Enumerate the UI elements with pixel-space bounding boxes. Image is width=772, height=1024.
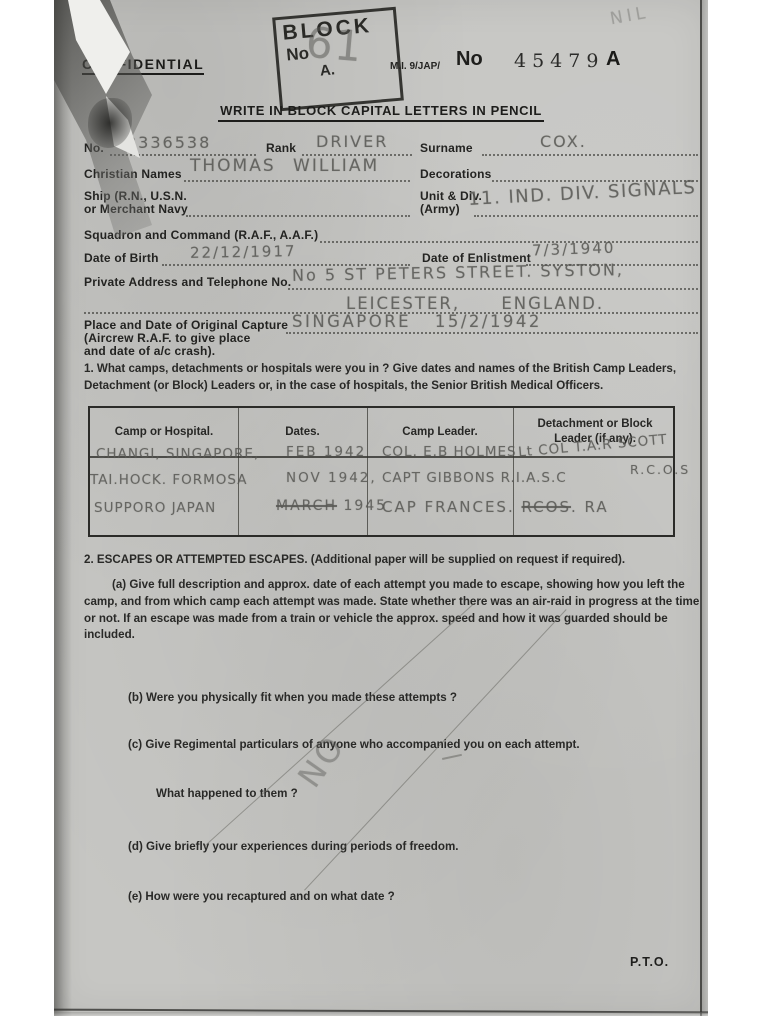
squadron-line [320,241,698,243]
table-header-camp-text: Camp or Hospital. [115,425,213,440]
unit-div-label-line2: (Army) [420,202,460,216]
table-header-dates-text: Dates. [285,425,320,440]
table-row1-date: FEB 1942 [286,444,366,460]
question-2b-text: (b) Were you physically fit when you mad… [128,690,457,707]
table-row3-date-struck: MARCH [276,498,337,514]
scan-background: { "doc": { "confidential": "CONFIDENTIAL… [0,0,772,1024]
table-header-block-line1: Detachment or Block [537,417,652,432]
scanned-form-page: CONFIDENTIAL BLOCK No A. 61 M.I. 9/JAP/ … [54,0,708,1016]
mi9-prefix: M.I. 9/JAP/ [390,61,440,72]
table-row2-camp: TAI.HOCK. FORMOSA [90,472,247,488]
table-row3-leader: CAP FRANCES. RCOS. RA [382,498,609,516]
private-address-line1 [288,288,698,290]
question-2e-text: (e) How were you recaptured and on what … [128,889,395,906]
table-row3-leader-name: CAP FRANCES. [382,498,515,516]
christian-names-value: THOMAS WILLIAM [190,156,379,176]
form-title: WRITE IN BLOCK CAPITAL LETTERS IN PENCIL [218,103,544,122]
capture-label-line1: Place and Date of Original Capture [84,318,288,332]
rank-label: Rank [266,141,296,155]
table-row2-date: NOV 1942, [286,470,377,486]
christian-names-line [184,180,410,182]
paper-bottom-edge-soft [54,1012,708,1016]
paper-right-edge-soft [702,0,708,1016]
table-header-leader-text: Camp Leader. [402,425,477,440]
block-number-handwritten: 61 [304,18,366,72]
table-row2-leader: CAPT GIBBONS R.I.A.S.C [382,470,567,486]
table-row3-date-year: 1945 [343,498,387,514]
mi9-serial-number: 45479 [514,50,604,72]
table-row1-block-leader-unit: R.C.O.S [630,462,690,477]
table-row3-leader-struck: RCOS [522,498,571,516]
paper-left-binding-edge [54,0,72,1016]
table-row3-leader-end: . RA [571,498,609,516]
camp-table: Camp or Hospital. Dates. Camp Leader. De… [88,406,675,537]
date-of-birth-value: 22/12/1917 [190,242,297,262]
ship-line [186,215,410,217]
unit-div-line [474,215,698,217]
nil-pencil-note: NIL [609,3,651,30]
question-2-heading: 2. ESCAPES OR ATTEMPTED ESCAPES. (Additi… [84,552,706,569]
capture-value: SINGAPORE 15/2/1942 [292,312,542,331]
pto-note: P.T.O. [630,955,669,969]
question-2a-text: (a) Give full description and approx. da… [84,577,706,644]
date-of-birth-label: Date of Birth [84,251,159,265]
form-title-row: WRITE IN BLOCK CAPITAL LETTERS IN PENCIL [54,102,708,122]
date-of-enlistment-value: 7/3/1940 [532,239,616,260]
surname-label: Surname [420,141,473,155]
mi9-suffix-letter: A [606,48,620,71]
question-2d-text: (d) Give briefly your experiences during… [128,839,459,856]
surname-field-line [482,154,698,156]
table-row3-date: MARCH 1945 [276,498,387,514]
question-2c-text: (c) Give Regimental particulars of anyon… [128,737,580,754]
surname-value: COX. [540,132,587,151]
table-row1-camp: CHANGI, SINGAPORE, [96,446,259,462]
table-row1-leader: COL. E.B HOLMES [382,444,517,460]
private-address-label: Private Address and Telephone No. [84,275,291,289]
capture-label-line2: (Aircrew R.A.F. to give place [84,331,251,345]
table-row3-camp: SUPPORO JAPAN [94,500,216,516]
question-2c-followup-text: What happened to them ? [156,786,298,803]
question-1-text: 1. What camps, detachments or hospitals … [84,361,704,395]
private-address-value2: LEICESTER, ENGLAND. [346,294,604,313]
capture-line [286,332,698,334]
capture-label-line3: and date of a/c crash). [84,344,215,358]
mi9-no-label: No [456,48,483,71]
no-value: 2336538 [126,133,211,152]
decorations-label: Decorations [420,167,492,181]
pencil-dash-mark [442,754,462,760]
rank-value: DRIVER [316,132,388,151]
